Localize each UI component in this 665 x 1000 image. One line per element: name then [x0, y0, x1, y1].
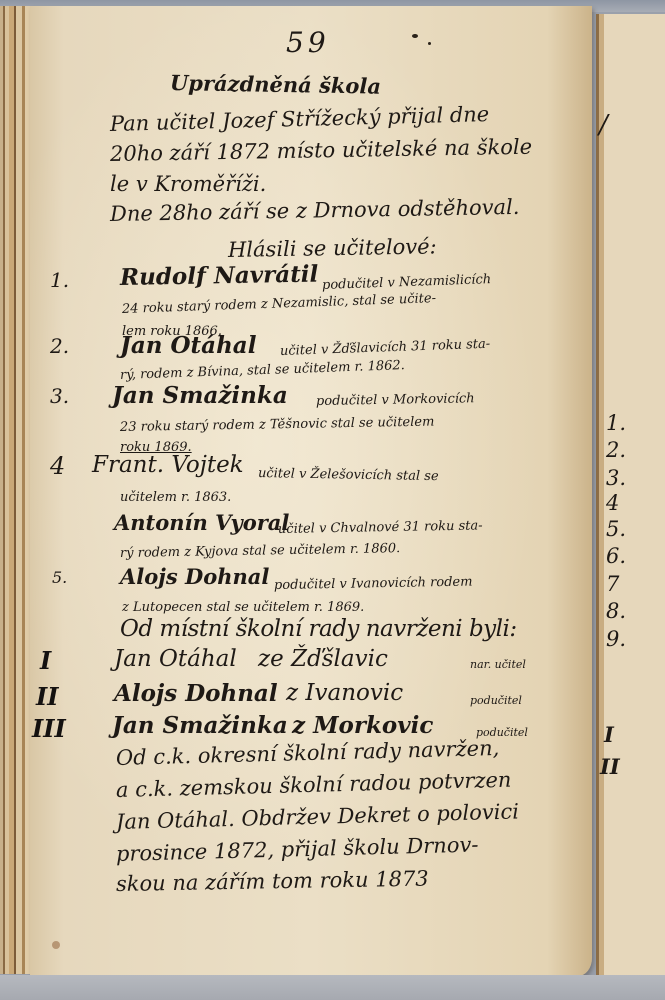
closing-line: Od c.k. okresní školní rady navržen,: [116, 736, 500, 770]
applicant-number: 3.: [50, 384, 69, 408]
proposal-roman: II: [36, 682, 58, 711]
proposal-place: z Morkovic: [292, 712, 433, 739]
facing-roman-number: I: [604, 722, 614, 747]
facing-margin-number: 8.: [606, 599, 626, 623]
proposal-place: z Ivanovic: [286, 680, 403, 706]
closing-line: skou na zářím tom roku 1873: [116, 867, 429, 896]
facing-margin-number: 1.: [606, 411, 626, 435]
closing-line: Jan Otáhal. Obdržev Dekret o polovici: [116, 799, 519, 834]
background-bottom: [0, 975, 665, 1000]
applicant-name: Alojs Dohnal: [120, 564, 269, 589]
facing-margin-number: 5.: [606, 517, 626, 541]
applicant-name: Jan Otáhal: [120, 332, 256, 359]
applicant-detail: učitel v Želešovicích stal se: [258, 466, 439, 484]
applicant-detail: 23 roku starý rodem z Těšnovic stal se u…: [120, 415, 435, 435]
facing-page: / 1. 2. 3. 4 5. 6. 7 8. 9. I II: [596, 14, 665, 976]
applicant-detail: podučitel v Ivanovicích rodem: [274, 575, 473, 593]
paragraph-line: le v Kroměříži.: [110, 172, 266, 196]
facing-margin-number: 4: [606, 491, 619, 515]
proposal-name: Jan Otáhal: [114, 646, 237, 672]
applicant-detail: podučitel v Morkovicích: [316, 391, 475, 409]
proposal-name: Jan Smažinka: [112, 712, 288, 739]
paragraph-line: 20ho září 1872 místo učitelské na škole: [110, 135, 532, 166]
proposal-roman: III: [32, 714, 66, 743]
applicant-name: Rudolf Navrátil: [120, 261, 319, 291]
proposal-name: Alojs Dohnal: [114, 680, 278, 707]
facing-margin-number: 3.: [606, 466, 626, 490]
paragraph-line: Pan učitel Jozef Střížecký přijal dne: [110, 102, 490, 136]
facing-margin-number: 7: [606, 572, 619, 596]
applicant-number: 1.: [50, 268, 69, 292]
applicant-detail: 24 roku starý rodem z Nezamislic, stal s…: [122, 291, 437, 317]
subheading: Hlásili se učitelové:: [228, 234, 437, 262]
ink-stain: [52, 941, 60, 949]
facing-roman-number: II: [600, 754, 620, 779]
applicant-number: 4: [50, 452, 65, 480]
facing-margin-number: 6.: [606, 544, 626, 568]
facing-margin-number: 9.: [606, 627, 626, 651]
ink-blot: [412, 34, 418, 38]
applicant-number: 5.: [52, 568, 67, 587]
applicant-detail: podučitel v Nezamislicích: [322, 272, 492, 293]
paragraph-line: Dne 28ho září se z Drnova odstěhoval.: [110, 195, 520, 226]
applicant-detail: z Lutopecen stal se učitelem r. 1869.: [122, 600, 364, 615]
closing-line: a c.k. zemskou školní radou potvrzen: [116, 768, 512, 802]
applicant-name: Antonín Vyoral: [114, 510, 289, 535]
ink-blot: [428, 42, 431, 45]
applicant-name: Jan Smažinka: [112, 382, 288, 409]
page-number: 59: [286, 26, 330, 59]
applicant-detail: rý, rodem z Bívina, stal se učitelem r. …: [120, 358, 405, 383]
section-heading: Uprázdněná škola: [170, 70, 381, 99]
closing-line: prosince 1872, přijal školu Drnov-: [116, 833, 479, 866]
applicant-number: 2.: [50, 334, 69, 358]
proposal-role: nar. učitel: [470, 658, 526, 671]
applicant-name: Frant. Vojtek: [92, 452, 244, 478]
ledger-page: 59 Uprázdněná škola Pan učitel Jozef Stř…: [30, 6, 592, 976]
proposal-roman: I: [40, 646, 51, 675]
applicant-detail: učitel v Chvalnové 31 roku sta-: [278, 518, 483, 537]
proposal-role: podučitel: [470, 694, 522, 707]
proposal-heading: Od místní školní rady navrženi byli:: [120, 616, 517, 642]
applicant-detail: učitel v Žďšlavicích 31 roku sta-: [280, 337, 491, 359]
applicant-detail: rý rodem z Kyjova stal se učitelem r. 18…: [120, 541, 400, 561]
proposal-place: ze Žďšlavic: [258, 646, 388, 672]
facing-margin-number: 2.: [606, 438, 626, 462]
applicant-detail: učitelem r. 1863.: [120, 490, 231, 505]
facing-page-mark: /: [599, 110, 608, 140]
